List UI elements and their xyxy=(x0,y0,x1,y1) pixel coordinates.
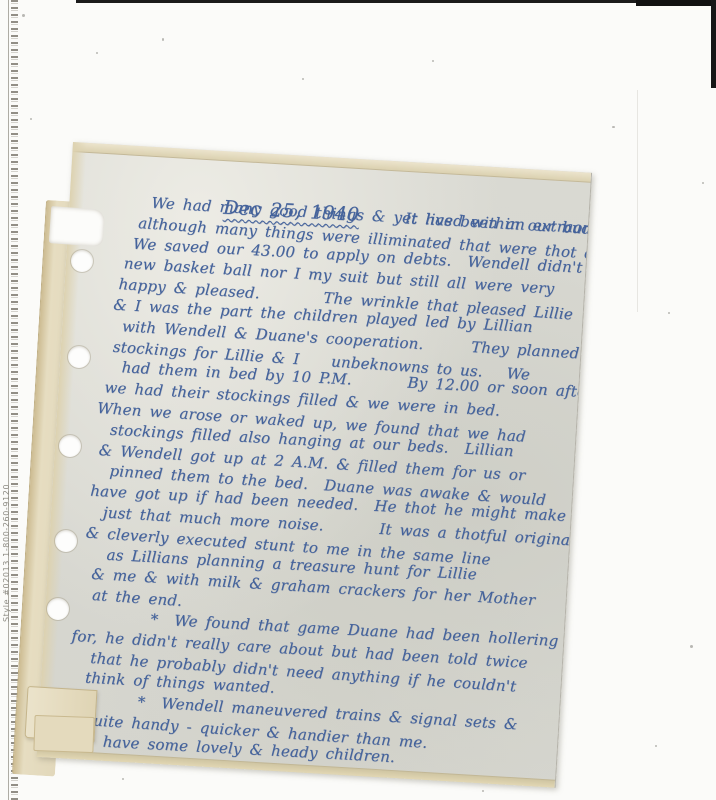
dust-speck xyxy=(612,126,615,128)
dust-speck xyxy=(122,778,124,780)
background-sheet-edge xyxy=(637,90,638,312)
dust-speck xyxy=(482,790,484,792)
torn-notch xyxy=(49,206,105,247)
scanner-top-edge-bar xyxy=(76,0,716,3)
binder-hole xyxy=(55,530,77,552)
dust-speck xyxy=(96,52,98,54)
dust-speck xyxy=(432,60,434,62)
dust-speck xyxy=(162,38,164,41)
film-edge-label: Style #02013 1-800-260-9120 xyxy=(2,484,11,622)
dust-speck xyxy=(30,118,32,120)
torn-tab-flap xyxy=(33,715,94,753)
dust-speck xyxy=(22,14,25,17)
dust-speck xyxy=(690,645,693,648)
binder-hole xyxy=(59,435,81,457)
binder-hole xyxy=(47,598,69,620)
dust-speck xyxy=(302,78,304,80)
dust-speck xyxy=(702,182,704,184)
scanner-right-edge-bar xyxy=(711,0,716,88)
dust-speck xyxy=(655,745,657,747)
film-edge-line xyxy=(8,0,9,800)
diary-page: Dec 25, 1940It has been an extraordinary… xyxy=(36,142,592,788)
handwritten-text: Dec 25, 1940It has been an extraordinary… xyxy=(81,163,586,779)
dust-speck xyxy=(668,312,670,314)
scanner-top-edge-bar-corner xyxy=(636,0,716,6)
binder-hole xyxy=(71,250,93,272)
scanned-document: Style #02013 1-800-260-9120 Dec 25, 1940… xyxy=(0,0,716,800)
binder-hole xyxy=(68,346,90,368)
